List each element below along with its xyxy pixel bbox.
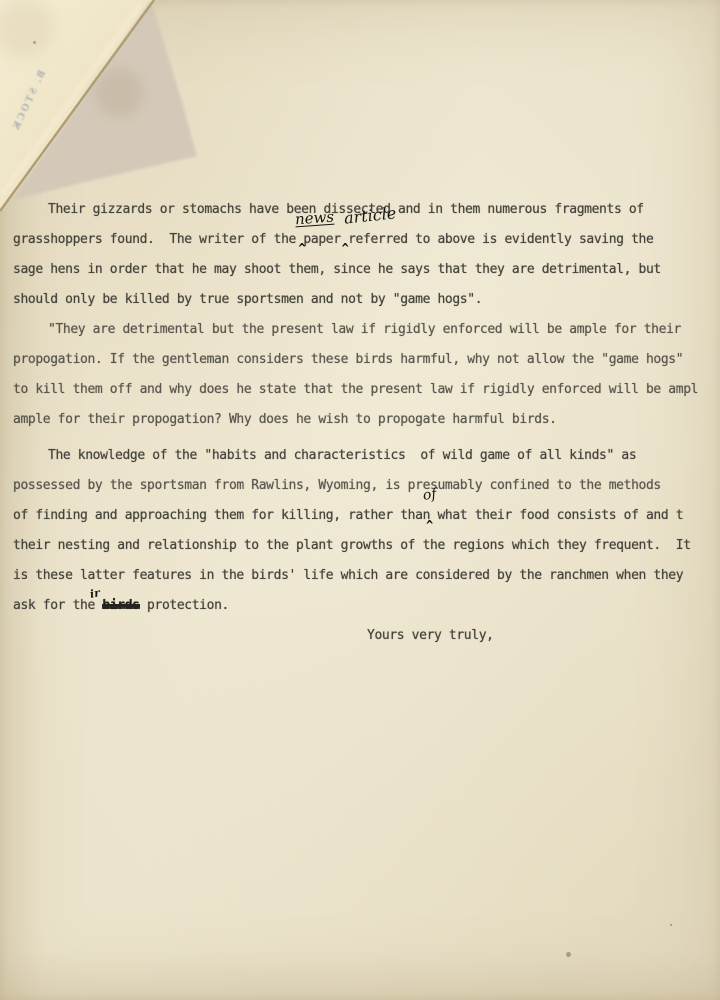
handwritten-article: article <box>343 206 396 225</box>
paper-speck <box>670 924 672 926</box>
annotated-word: papernewsarticle^^ <box>303 232 340 247</box>
scanned-letter-page: B. STOCK Their gizzards or stomachs have… <box>0 0 720 1000</box>
typed-line: propogation. If the gentleman considers … <box>13 345 713 375</box>
word-the-anchor: ask for the ir <box>13 598 102 613</box>
typed-line-with-insertion: of finding and approaching them for kill… <box>13 501 713 531</box>
strikethrough-word: birds <box>102 598 139 613</box>
typed-line-with-insertions: grasshoppers found. The writer of the pa… <box>13 225 713 255</box>
typed-line: their nesting and relationship to the pl… <box>13 531 713 561</box>
closing-line: Yours very truly, <box>367 621 713 651</box>
typed-line-with-strikeout: ask for the irbirds protection. <box>13 591 713 621</box>
handwritten-ir: ir <box>90 588 102 600</box>
typed-line: possessed by the sportsman from Rawlins,… <box>13 471 713 501</box>
insertion-caret: ^ <box>426 520 433 530</box>
handwritten-of: of <box>422 488 437 503</box>
typed-line: sage hens in order that he may shoot the… <box>13 255 713 285</box>
typewritten-text: Their gizzards or stomachs have been dis… <box>13 195 713 651</box>
insertion-caret: ^ <box>298 243 305 253</box>
typed-line: to kill them off and why does he state t… <box>13 375 713 405</box>
insertion-caret: ^ <box>342 243 349 253</box>
paper-speck <box>566 952 571 957</box>
typed-line: The knowledge of the "habits and charact… <box>13 441 713 471</box>
paragraph-1: Their gizzards or stomachs have been dis… <box>13 195 713 315</box>
paragraph-2: "They are detrimental but the present la… <box>13 315 713 435</box>
typed-line: ample for their propogation? Why does he… <box>13 405 713 435</box>
typed-line: should only be killed by true sportsmen … <box>13 285 713 315</box>
paragraph-3: The knowledge of the "habits and charact… <box>13 441 713 621</box>
paper-speck <box>33 41 36 44</box>
handwritten-news: news <box>295 210 335 228</box>
typed-line: is these latter features in the birds' l… <box>13 561 713 591</box>
typed-line: "They are detrimental but the present la… <box>13 315 713 345</box>
